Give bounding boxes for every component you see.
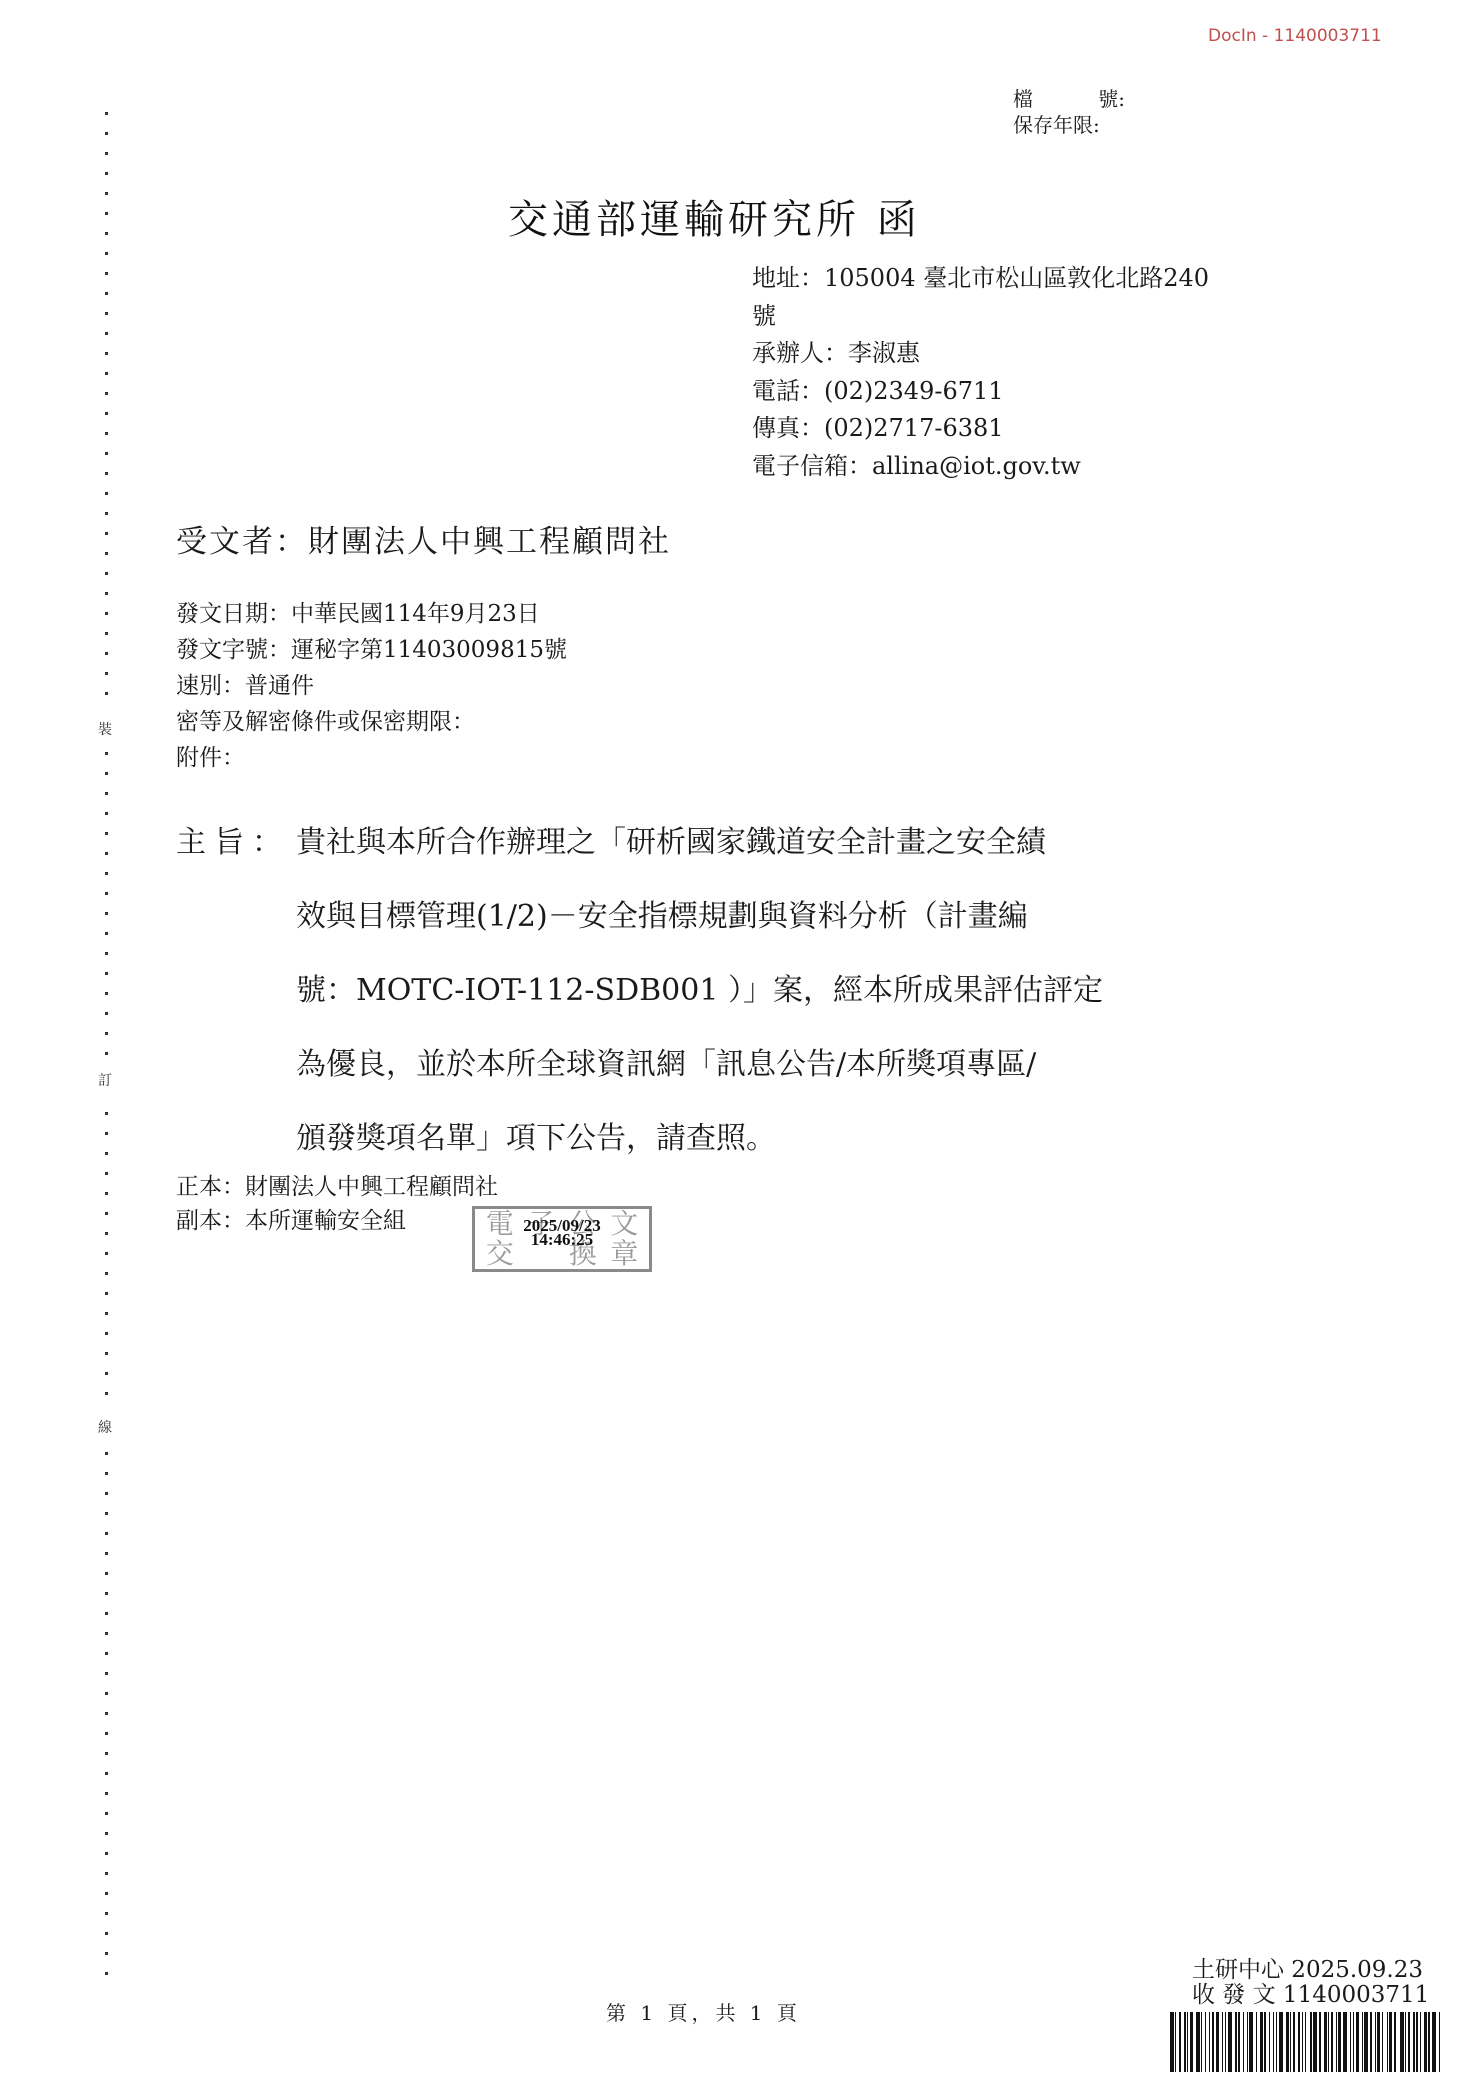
margin-dot	[105, 1012, 108, 1015]
speed: 速別：普通件	[176, 668, 567, 704]
margin-dot	[105, 772, 108, 775]
margin-dot	[105, 892, 108, 895]
barcode-bar	[1293, 2012, 1294, 2072]
subject-line: 號：MOTC-IOT-112-SDB001 ）」案，經本所成果評估評定	[176, 954, 1103, 1028]
margin-dot	[105, 192, 108, 195]
barcode-bar	[1256, 2012, 1257, 2072]
fax: 傳真：(02)2717-6381	[752, 410, 1209, 448]
barcode-bar	[1302, 2012, 1303, 2072]
margin-dot	[105, 452, 108, 455]
subject-line: 為優良，並於本所全球資訊網「訊息公告/本所獎項專區/	[176, 1028, 1103, 1102]
barcode-bar	[1264, 2012, 1267, 2072]
doc-number: 發文字號：運秘字第11403009815號	[176, 632, 567, 668]
barcode-bar	[1238, 2012, 1241, 2072]
margin-dot	[105, 1452, 108, 1455]
barcode-bar	[1387, 2012, 1388, 2072]
issue-date: 發文日期：中華民國114年9月23日	[176, 596, 567, 632]
margin-dot	[105, 1152, 108, 1155]
barcode-bar	[1279, 2012, 1283, 2072]
margin-dot	[105, 1032, 108, 1035]
barcode-bar	[1209, 2012, 1210, 2072]
contact-block: 地址：105004 臺北市松山區敦化北路240 號 承辦人：李淑惠 電話：(02…	[752, 260, 1209, 485]
margin-dot	[105, 552, 108, 555]
secrecy: 密等及解密條件或保密期限：	[176, 704, 567, 740]
barcode-bar	[1324, 2012, 1327, 2072]
barcode-bar	[1377, 2012, 1380, 2072]
margin-dot	[105, 872, 108, 875]
barcode-bar	[1273, 2012, 1274, 2072]
barcode-bar	[1184, 2012, 1185, 2072]
address-cont: 號	[752, 298, 1209, 336]
margin-dot	[105, 1632, 108, 1635]
subject-line: 頒發獎項名單」項下公告，請查照。	[176, 1102, 1103, 1176]
margin-dot	[105, 1252, 108, 1255]
email: 電子信箱：allina@iot.gov.tw	[752, 448, 1209, 486]
barcode-bar	[1243, 2012, 1244, 2072]
barcode-bar	[1356, 2012, 1359, 2072]
barcode-bar	[1190, 2012, 1193, 2072]
barcode-bar	[1170, 2012, 1174, 2072]
margin-dot	[105, 1532, 108, 1535]
margin-dot	[105, 1792, 108, 1795]
margin-dot	[105, 1712, 108, 1715]
margin-dot	[105, 432, 108, 435]
handler: 承辦人：李淑惠	[752, 335, 1209, 373]
margin-dot	[105, 212, 108, 215]
barcode-bar	[1222, 2012, 1223, 2072]
margin-dot	[105, 392, 108, 395]
margin-dot	[105, 1492, 108, 1495]
attachments: 附件：	[176, 740, 567, 776]
margin-dot	[105, 1892, 108, 1895]
margin-dot	[105, 1912, 108, 1915]
retention-row: 保存年限:	[1013, 112, 1125, 138]
margin-dot	[105, 972, 108, 975]
barcode-bar	[1331, 2012, 1332, 2072]
margin-dot	[105, 1332, 108, 1335]
barcode-bar	[1382, 2012, 1383, 2072]
margin-dot	[105, 1112, 108, 1115]
margin-dot	[105, 112, 108, 115]
barcode-bar	[1394, 2012, 1397, 2072]
margin-dot	[105, 292, 108, 295]
margin-dot	[105, 1872, 108, 1875]
barcode-bar	[1432, 2012, 1436, 2072]
barcode-bar	[1408, 2012, 1409, 2072]
barcode-bar	[1310, 2012, 1313, 2072]
subject-label: 主旨：	[176, 806, 296, 880]
barcode-bar	[1196, 2012, 1200, 2072]
copies-block: 正本：財團法人中興工程顧問社 副本：本所運輸安全組	[176, 1170, 498, 1238]
margin-dot	[105, 1772, 108, 1775]
margin-dot	[105, 532, 108, 535]
receipt-label: 土研中心 2025.09.23 收 發 文 1140003711	[1192, 1958, 1429, 2008]
binding-mark: 線	[98, 1417, 112, 1437]
margin-dot	[105, 1352, 108, 1355]
subject-block: 主旨： 貴社與本所合作辦理之「研析國家鐵道安全計畫之安全績 效與目標管理(1/2…	[176, 806, 1103, 1176]
margin-dot	[105, 232, 108, 235]
margin-dot	[105, 812, 108, 815]
margin-dot	[105, 592, 108, 595]
address: 地址：105004 臺北市松山區敦化北路240	[752, 260, 1209, 298]
barcode-bar	[1353, 2012, 1354, 2072]
margin-dot	[105, 1732, 108, 1735]
barcode-bar	[1375, 2012, 1376, 2072]
binding-mark: 訂	[98, 1070, 112, 1090]
file-number-row: 檔號:	[1013, 86, 1125, 112]
margin-dot	[105, 1592, 108, 1595]
barcode-bar	[1187, 2012, 1188, 2072]
margin-dot	[105, 1552, 108, 1555]
barcode-bar	[1389, 2012, 1392, 2072]
archive-info: 檔號: 保存年限:	[1013, 86, 1125, 138]
margin-dot	[105, 152, 108, 155]
barcode-bar	[1413, 2012, 1416, 2072]
margin-dot	[105, 1812, 108, 1815]
barcode-bar	[1225, 2012, 1226, 2072]
barcode-bar	[1350, 2012, 1351, 2072]
document-meta: 發文日期：中華民國114年9月23日 發文字號：運秘字第11403009815號…	[176, 596, 567, 776]
margin-dot	[105, 1752, 108, 1755]
margin-dot	[105, 1952, 108, 1955]
barcode-bar	[1205, 2012, 1206, 2072]
barcode-bar	[1290, 2012, 1291, 2072]
margin-dot	[105, 352, 108, 355]
barcode-bar	[1439, 2012, 1440, 2072]
page-number: 第 1 頁，共 1 頁	[606, 1997, 801, 2026]
barcode-bar	[1249, 2012, 1253, 2072]
barcode-bar	[1416, 2012, 1417, 2072]
barcode-bar	[1328, 2012, 1329, 2072]
barcode-bar	[1424, 2012, 1427, 2072]
margin-dot	[105, 572, 108, 575]
electronic-exchange-stamp: 電 子 公 文 交 換 章 2025/09/23 14:46:25	[472, 1206, 652, 1272]
barcode-bar	[1319, 2012, 1320, 2072]
margin-dot	[105, 1472, 108, 1475]
barcode-bar	[1420, 2012, 1421, 2072]
margin-dot	[105, 472, 108, 475]
margin-dot	[105, 412, 108, 415]
barcode-bar	[1405, 2012, 1406, 2072]
margin-dot	[105, 372, 108, 375]
margin-dot	[105, 1972, 108, 1975]
margin-dot	[105, 752, 108, 755]
margin-dot	[105, 672, 108, 675]
margin-dot	[105, 852, 108, 855]
barcode-bar	[1175, 2012, 1176, 2072]
barcode-bar	[1338, 2012, 1341, 2072]
recipient: 受文者：財團法人中興工程顧問社	[176, 516, 671, 561]
margin-dot	[105, 1232, 108, 1235]
margin-dot	[105, 1172, 108, 1175]
barcode-bar	[1179, 2012, 1182, 2072]
margin-dot	[105, 632, 108, 635]
margin-dot	[105, 1672, 108, 1675]
margin-dot	[105, 952, 108, 955]
margin-dot	[105, 272, 108, 275]
barcode-bar	[1305, 2012, 1306, 2072]
margin-dot	[105, 1132, 108, 1135]
margin-dot	[105, 1372, 108, 1375]
margin-dot	[105, 1692, 108, 1695]
barcode-bar	[1400, 2012, 1404, 2072]
original-recipient: 正本：財團法人中興工程顧問社	[176, 1170, 498, 1204]
barcode-bar	[1336, 2012, 1337, 2072]
barcode-bar	[1286, 2012, 1289, 2072]
barcode-bar	[1298, 2012, 1301, 2072]
margin-dot	[105, 172, 108, 175]
margin-dot	[105, 1052, 108, 1055]
margin-dot	[105, 1852, 108, 1855]
margin-dot	[105, 1572, 108, 1575]
barcode-bar	[1216, 2012, 1219, 2072]
binding-mark: 裝	[98, 719, 112, 739]
margin-dot	[105, 1312, 108, 1315]
docin-watermark: DocIn - 1140003711	[1208, 26, 1382, 46]
margin-dot	[105, 1932, 108, 1935]
margin-dot	[105, 1392, 108, 1395]
barcode-bar	[1364, 2012, 1368, 2072]
barcode-bar	[1212, 2012, 1215, 2072]
margin-dot	[105, 1652, 108, 1655]
cc-recipient: 副本：本所運輸安全組	[176, 1204, 498, 1238]
margin-dot	[105, 832, 108, 835]
margin-dot	[105, 912, 108, 915]
margin-dot	[105, 792, 108, 795]
margin-dot	[105, 1612, 108, 1615]
margin-dot	[105, 1292, 108, 1295]
barcode-bar	[1362, 2012, 1363, 2072]
document-title: 交通部運輸研究所 函	[508, 188, 921, 245]
margin-dot	[105, 132, 108, 135]
margin-dot	[105, 1192, 108, 1195]
margin-dot	[105, 652, 108, 655]
phone: 電話：(02)2349-6711	[752, 373, 1209, 411]
barcode-bar	[1269, 2012, 1270, 2072]
barcode-bar	[1235, 2012, 1236, 2072]
margin-dot	[105, 992, 108, 995]
margin-dot	[105, 332, 108, 335]
subject-line: 效與目標管理(1/2)－安全指標規劃與資料分析（計畫編	[176, 880, 1103, 954]
barcode-bar	[1370, 2012, 1371, 2072]
barcode-bar	[1276, 2012, 1277, 2072]
barcode-bar	[1313, 2012, 1317, 2072]
margin-dot	[105, 492, 108, 495]
margin-dot	[105, 1212, 108, 1215]
subject-line: 貴社與本所合作辦理之「研析國家鐵道安全計畫之安全績	[296, 806, 1046, 880]
barcode-bar	[1247, 2012, 1248, 2072]
binding-margin: 裝 訂 線	[98, 112, 118, 1982]
barcode	[1170, 2012, 1466, 2072]
barcode-bar	[1260, 2012, 1263, 2072]
margin-dot	[105, 932, 108, 935]
receipt-number: 收 發 文 1140003711	[1192, 1983, 1429, 2008]
margin-dot	[105, 1832, 108, 1835]
stamp-time: 14:46:25	[475, 1233, 649, 1247]
barcode-bar	[1201, 2012, 1202, 2072]
margin-dot	[105, 692, 108, 695]
barcode-bar	[1228, 2012, 1232, 2072]
margin-dot	[105, 312, 108, 315]
margin-dot	[105, 252, 108, 255]
margin-dot	[105, 612, 108, 615]
margin-dot	[105, 1272, 108, 1275]
receipt-date: 土研中心 2025.09.23	[1192, 1958, 1429, 1983]
barcode-bar	[1428, 2012, 1429, 2072]
margin-dot	[105, 512, 108, 515]
margin-dot	[105, 1512, 108, 1515]
barcode-bar	[1343, 2012, 1347, 2072]
